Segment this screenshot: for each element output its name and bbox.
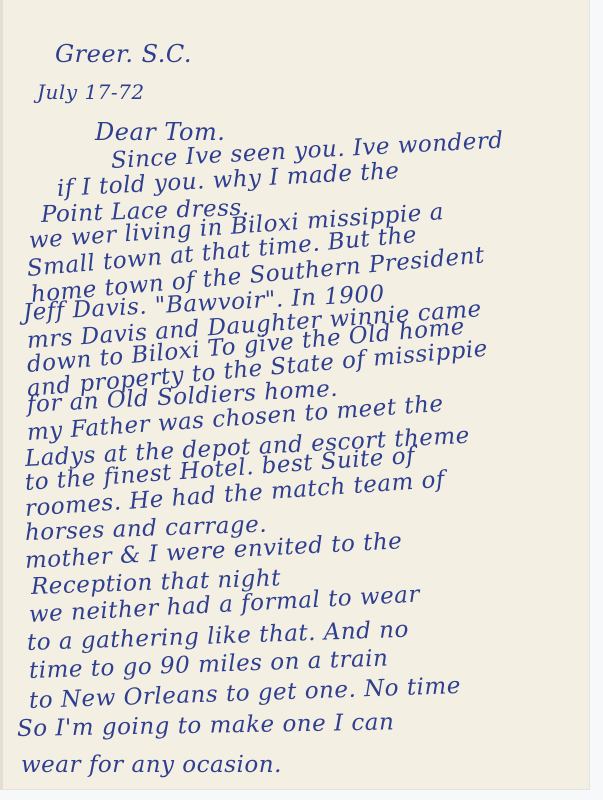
letter-date: July 17-72 (37, 80, 145, 104)
letter-salutation: Dear Tom. (95, 118, 225, 146)
letter-line: So I'm going to make one I can (17, 709, 395, 742)
letter-location: Greer. S.C. (55, 40, 192, 68)
letter-line: wear for any ocasion. (21, 752, 282, 778)
letter-page: Greer. S.C. July 17-72 Dear Tom. Since I… (0, 0, 590, 790)
